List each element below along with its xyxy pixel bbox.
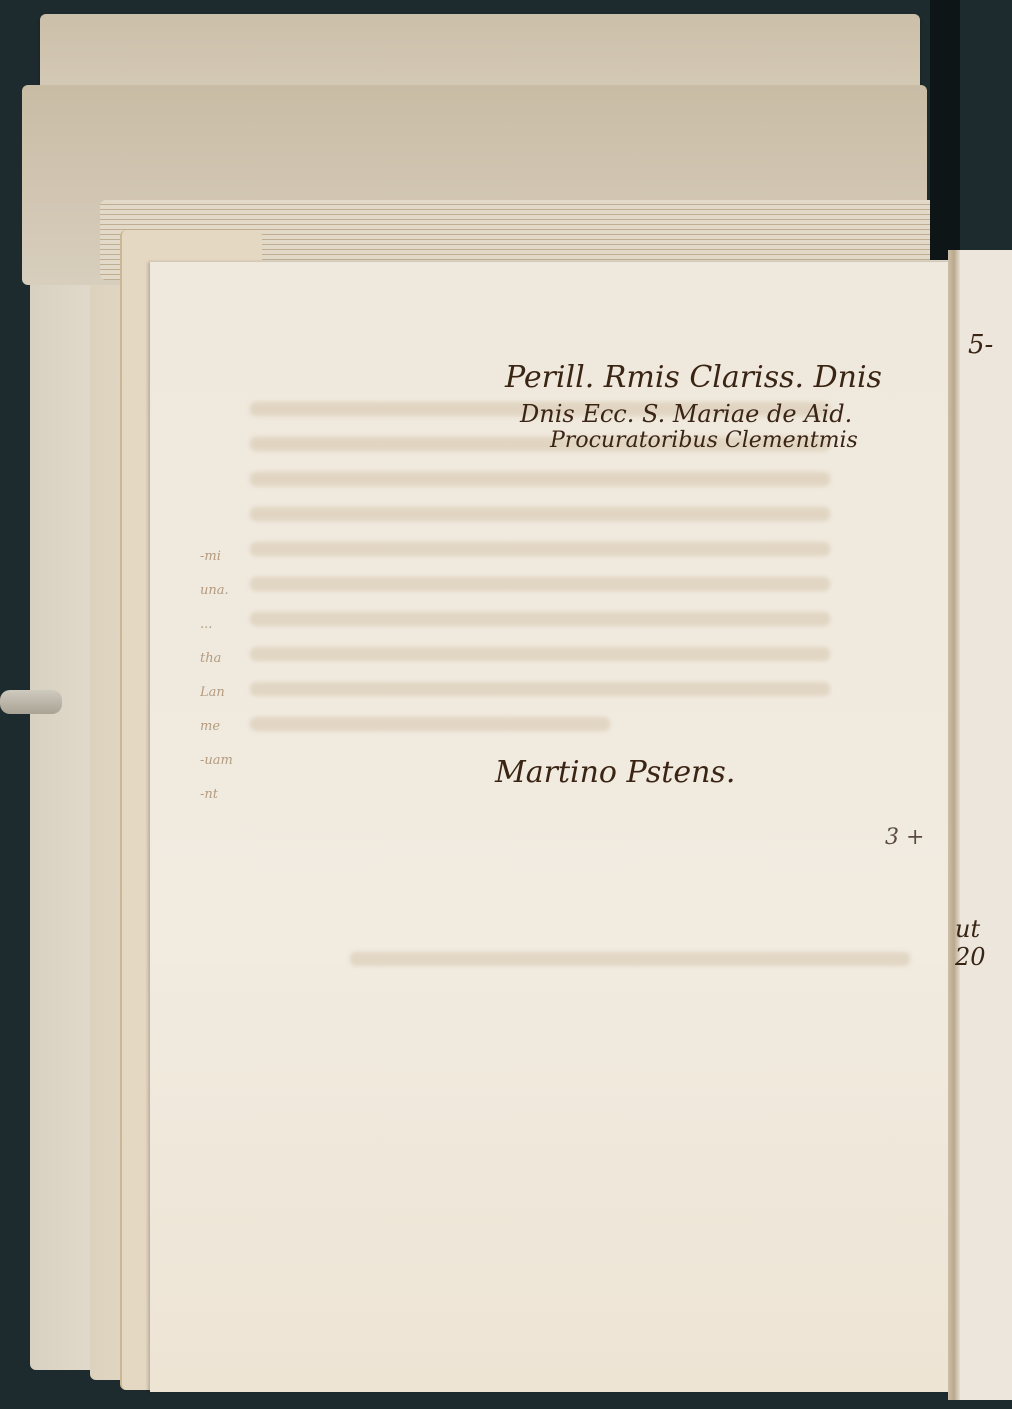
signature: Martino Pstens. bbox=[495, 755, 735, 790]
book-gutter bbox=[948, 250, 960, 1400]
bleed-through-line bbox=[250, 612, 830, 626]
salutation-line-2: Dnis Ecc. S. Mariae de Aid. bbox=[520, 400, 852, 428]
margin-fragment: -uam bbox=[200, 744, 240, 778]
binding-frame bbox=[930, 0, 960, 260]
margin-fragment: -nt bbox=[200, 778, 240, 812]
margin-fragment: una. bbox=[200, 574, 240, 608]
bleed-through-line bbox=[250, 682, 830, 696]
bleed-through-line bbox=[250, 472, 830, 486]
margin-fragment: Lan bbox=[200, 676, 240, 710]
margin-fragment: me bbox=[200, 710, 240, 744]
binding-string bbox=[0, 690, 62, 714]
right-facing-page bbox=[960, 250, 1012, 1400]
margin-fragment: tha bbox=[200, 642, 240, 676]
bleed-through-line bbox=[250, 647, 830, 661]
left-margin-fragments: -mi una. ... tha Lan me -uam -nt bbox=[200, 540, 240, 812]
folio-number: 5- bbox=[968, 330, 993, 360]
right-page-note: ut 20 bbox=[955, 915, 1012, 971]
bleed-through-line bbox=[250, 717, 610, 731]
bleed-through-line bbox=[250, 507, 830, 521]
bleed-through-line bbox=[350, 952, 910, 966]
bleed-through-line bbox=[250, 542, 830, 556]
margin-fragment: ... bbox=[200, 608, 240, 642]
salutation-line-3: Procuratoribus Clementmis bbox=[550, 428, 858, 453]
margin-fragment: -mi bbox=[200, 540, 240, 574]
salutation-line-1: Perill. Rmis Clariss. Dnis bbox=[505, 360, 882, 395]
pencil-mark: 3 + bbox=[885, 825, 924, 850]
bleed-through-line bbox=[250, 577, 830, 591]
